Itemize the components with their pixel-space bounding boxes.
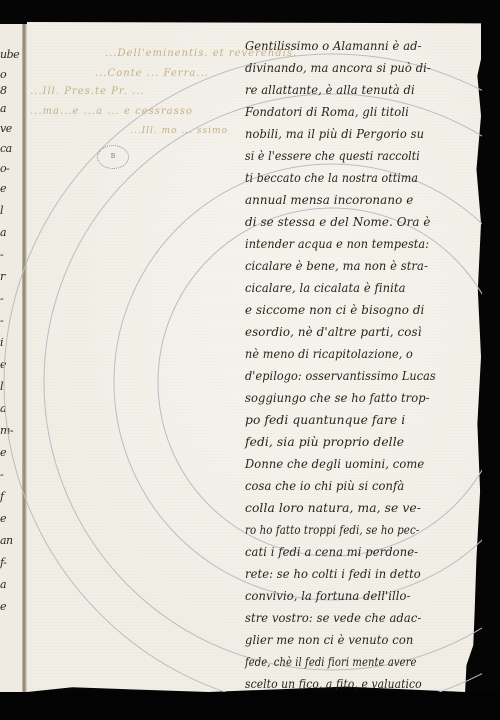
left-page-fragment: m- bbox=[0, 424, 13, 437]
text-line: convivio, la fortuna dell'illo- bbox=[245, 588, 411, 603]
stamp-text: B bbox=[111, 153, 115, 160]
left-page-fragment: ca bbox=[0, 142, 12, 155]
text-line: colla loro natura, ma, se ve- bbox=[245, 500, 421, 515]
text-line: re allattante, è alla tenutà di bbox=[245, 82, 415, 97]
left-page-fragment: f- bbox=[0, 556, 6, 569]
text-line: ti beccato che la nostra ottima bbox=[245, 170, 418, 185]
faded-note-line: ...Conte ... Ferra... bbox=[95, 68, 209, 79]
text-line: cicalare è bene, ma non è stra- bbox=[245, 258, 428, 273]
left-page-fragment: ve bbox=[0, 122, 12, 135]
left-page-fragment: l bbox=[0, 204, 3, 217]
left-page-fragment: o bbox=[0, 68, 6, 81]
text-line: intender acqua e non tempesta: bbox=[245, 236, 429, 251]
faded-note-line: ...Ill. Pres.te Pr. ... bbox=[30, 86, 144, 97]
left-page-fragment: f bbox=[0, 490, 4, 503]
text-line: soggiungo che se ho fatto trop- bbox=[245, 390, 430, 405]
left-page-fragment: - bbox=[0, 468, 3, 481]
left-page-fragment: r bbox=[0, 270, 5, 283]
text-line: cosa che io chi più si confà bbox=[245, 478, 404, 493]
left-page-fragment: a bbox=[0, 102, 6, 115]
faded-note-line: ...ma...e ...a ... e cessrasso bbox=[30, 106, 193, 117]
manuscript-scan: ube o 8 a ve ca o- e l a - r - - i e l a… bbox=[0, 0, 500, 720]
text-line: rete: se ho colti i fedi in detto bbox=[245, 566, 421, 581]
left-page-fragment: a bbox=[0, 226, 6, 239]
left-page-fragment: e bbox=[0, 512, 6, 525]
faded-note-line: ...Ill. mo ... ssimo bbox=[130, 126, 228, 136]
left-page-fragment: a bbox=[0, 402, 6, 415]
text-line: si è l'essere che questi raccolti bbox=[245, 148, 420, 163]
adjacent-left-page: ube o 8 a ve ca o- e l a - r - - i e l a… bbox=[0, 24, 22, 694]
text-line: annual mensa incoronano e bbox=[245, 192, 413, 207]
left-page-fragment: e bbox=[0, 182, 6, 195]
text-line: nè meno di ricapitolazione, o bbox=[245, 346, 413, 361]
text-line: cati i fedi a cena mi perdone- bbox=[245, 544, 418, 559]
text-line: nobili, ma il più di Pergorio su bbox=[245, 126, 424, 141]
text-line: Gentilissimo o Alamanni è ad- bbox=[245, 38, 422, 53]
text-line: divinando, ma ancora si può di- bbox=[245, 60, 431, 75]
text-line: d'epilogo: osservantissimo Lucas bbox=[245, 368, 436, 383]
left-page-fragment: e bbox=[0, 358, 6, 371]
left-page-fragment: an bbox=[0, 534, 13, 547]
text-line: esordio, nè d'altre parti, così bbox=[245, 324, 422, 339]
text-line: e siccome non ci è bisogno di bbox=[245, 302, 424, 317]
left-page-fragment: ube bbox=[0, 48, 19, 61]
left-page-fragment: e bbox=[0, 446, 6, 459]
text-line: stre vostro: se vede che adac- bbox=[245, 610, 421, 625]
text-line: fedi, sia più proprio delle bbox=[245, 434, 404, 449]
text-line: cicalare, la cicalata è finita bbox=[245, 280, 406, 295]
left-page-fragment: i bbox=[0, 336, 3, 349]
left-page-fragment: o- bbox=[0, 162, 9, 175]
left-page-fragment: e bbox=[0, 600, 6, 613]
left-page-fragment: l bbox=[0, 380, 3, 393]
text-line: Fondatori di Roma, gli titoli bbox=[245, 104, 409, 119]
library-stamp: B bbox=[97, 145, 129, 169]
text-line: di se stessa e del Nome. Ora è bbox=[245, 214, 431, 229]
left-page-fragment: - bbox=[0, 292, 3, 305]
text-line: scelto un fico, a fito, e valuatico bbox=[245, 676, 422, 691]
text-line: Donne che degli uomini, come bbox=[245, 456, 424, 471]
text-line: glier me non ci è venuto con bbox=[245, 632, 413, 647]
left-page-fragment: a bbox=[0, 578, 6, 591]
text-line: po fedi quantunque fare i bbox=[245, 412, 405, 427]
text-line: ro ho fatto troppi fedi, se ho pec- bbox=[245, 522, 419, 537]
binding-gutter bbox=[22, 24, 27, 692]
left-page-fragment: - bbox=[0, 314, 3, 327]
left-page-fragment: - bbox=[0, 248, 3, 261]
left-page-fragment: 8 bbox=[0, 84, 7, 97]
scan-background-bottom bbox=[0, 692, 500, 720]
text-line: fede, chè il fedi fiori mente avere bbox=[245, 654, 416, 669]
